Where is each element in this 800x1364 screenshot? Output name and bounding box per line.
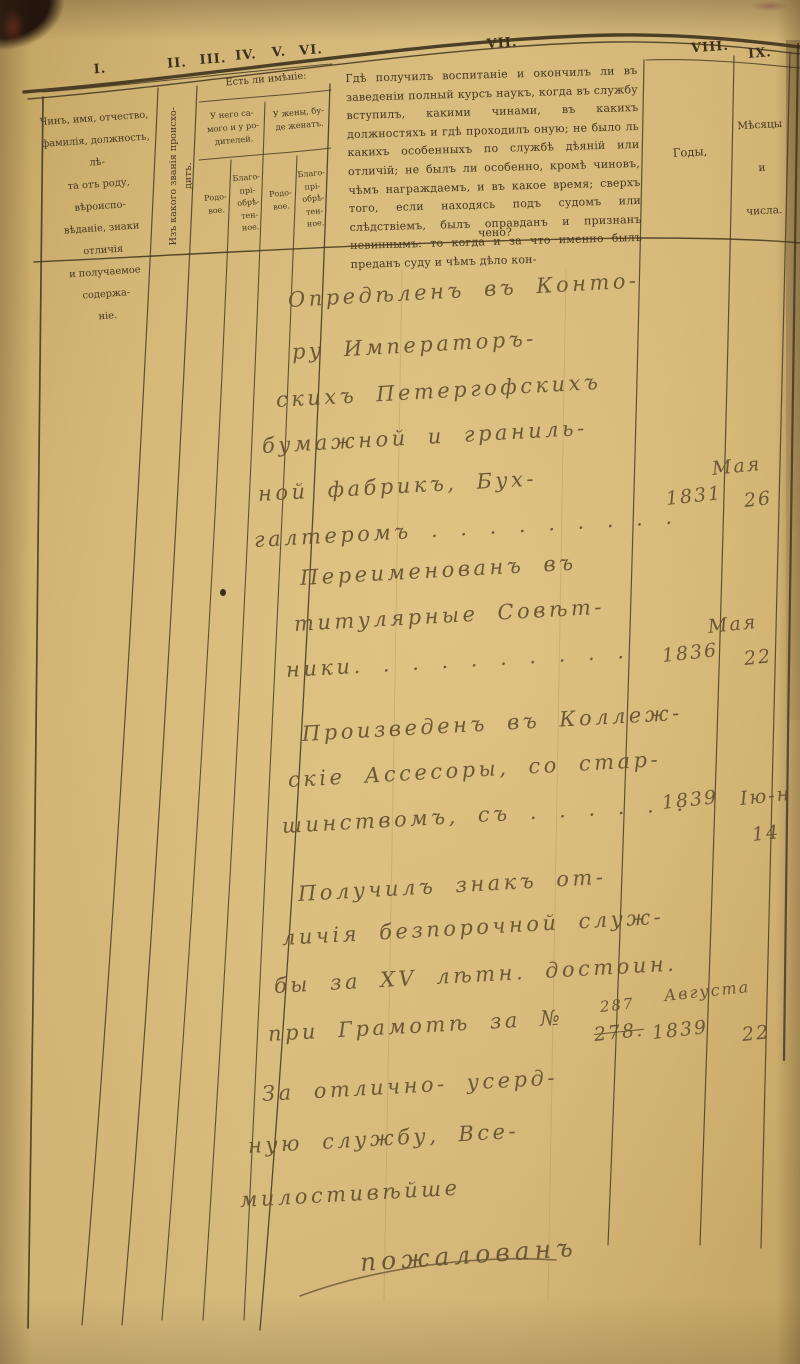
cell-blagopriobretennoe-2: Благо- прі- обрѣ- тен- ное. <box>295 167 331 232</box>
column-numeral-3: III. <box>199 51 227 68</box>
column-numeral-4: IV. <box>235 47 257 63</box>
photo-red-smudge <box>748 0 792 12</box>
estate-wife-header: У жены, бу- де женатъ. <box>267 103 331 134</box>
col2-header-vertical-text: Изъ какого званія происхо- дитъ. <box>166 90 196 261</box>
photo-red-blotch <box>0 6 26 46</box>
entry-4-day: 22 <box>741 1021 771 1046</box>
column-numeral-7: VII. <box>486 35 518 52</box>
ink-speck <box>220 589 226 596</box>
archival-document-photo: I. II. III. IV. V. VI. VII. VIII. IX. Чи… <box>0 0 800 1364</box>
entry-4-number-corrected: 287 <box>599 994 635 1016</box>
col9-header-label: Мѣсяцы и числа. <box>723 102 800 235</box>
column-numeral-2: II. <box>167 55 188 71</box>
column-numeral-5: V. <box>271 45 286 61</box>
cell-rodovoe-1: Родо- вое. <box>200 191 232 219</box>
col1-header-text: Чинъ, имя, отчество, фамилія, должность,… <box>36 104 165 331</box>
entry-2-day: 22 <box>743 645 773 670</box>
column-numeral-8: VIII. <box>691 39 730 57</box>
column-numeral-9: IX. <box>748 45 773 62</box>
cell-blagopriobretennoe-1: Благо- прі- обрѣ- тен- ное. <box>230 171 266 236</box>
column-numeral-1: I. <box>93 62 107 78</box>
cell-rodovoe-2: Родо- вое. <box>265 187 297 215</box>
entry-1-day: 26 <box>743 487 773 512</box>
entry-3-day: 14 <box>751 821 781 846</box>
column-numeral-6: VI. <box>299 42 324 59</box>
col7-header-text: Гдѣ получилъ воспитаніе и окончилъ ли въ… <box>345 62 643 275</box>
estate-self-parents-header: У него са- мого и у ро- дителей. <box>200 105 265 149</box>
